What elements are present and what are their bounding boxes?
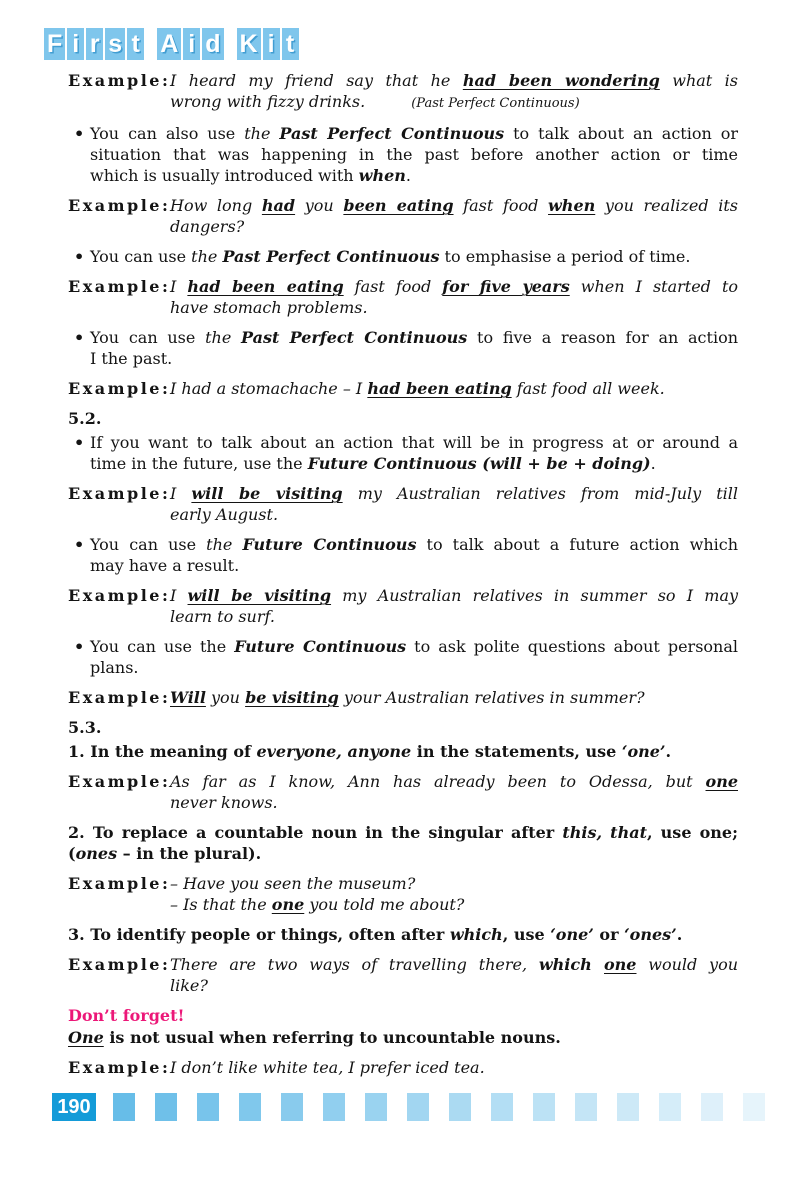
text-run: ( [68,844,76,863]
letter-tile: K [237,28,261,60]
text-run: If you want to talk about an action that… [90,433,738,452]
text-run: to ask polite questions about personal [406,637,738,656]
letter-tile: i [183,28,200,60]
footer-square [533,1093,555,1121]
text-run: early August. [170,505,278,524]
text-line: which is usually introduced with when. [90,165,738,186]
example-block: Example: I heard my friend say that he h… [68,70,738,114]
text-line: If you want to talk about an action that… [90,432,738,453]
text-run: for five years [442,277,569,296]
text-run: dangers? [170,217,244,236]
grammar-rule-3: 3. To identify people or things, often a… [68,924,738,945]
letter-tile: A [157,28,181,60]
text-line: (ones – in the plural). [68,843,738,864]
text-line: plans. [90,657,738,678]
text-run: one [706,772,738,791]
text-run: You can use [90,535,206,554]
text-line: You can use the Past Perfect Continuous … [90,246,738,267]
text-run: fast food [344,277,443,296]
text-line: I the past. [90,348,738,369]
text-run: may have a result. [90,556,239,575]
example-label: Example: [68,378,170,399]
text-run: I had a stomachache – I [170,379,367,398]
page-footer: 190 [52,1093,765,1121]
text-run: Future Continuous [234,637,406,656]
text-run: which is usually introduced with [90,166,359,185]
text-line: – Have you seen the museum? [170,873,738,894]
text-run: to five a reason for an action [467,328,738,347]
text-run: I [170,586,188,605]
text-run: time in the future, use the [90,454,308,473]
text-run: my Australian relatives from mid-July ti… [343,484,738,503]
text-run: As far as I know, Ann has already been t… [170,772,706,791]
text-line: I heard my friend say that he had been w… [170,70,738,91]
example-text: – Have you seen the museum?– Is that the… [170,873,738,915]
example-block: Example: I had a stomachache – I had bee… [68,378,738,399]
section-title-first-aid-kit: FirstAidKit [44,28,299,60]
text-line: never knows. [170,792,738,813]
text-run: ‘ones’ [624,925,677,944]
text-run: 1. In the meaning of [68,742,256,761]
example-text: There are two ways of travelling there, … [170,954,738,996]
example-label: Example: [68,585,170,606]
text-line: 3. To identify people or things, often a… [68,924,738,945]
example-label: Example: [68,276,170,297]
text-line: I will be visiting my Australian relativ… [170,483,738,504]
footer-square [449,1093,471,1121]
text-line: You can use the Future Continuous to ask… [90,636,738,657]
dont-forget-heading: Don’t forget! [68,1005,738,1026]
text-run: to talk about an action or [504,124,738,143]
example-block: Example: How long had you been eating fa… [68,195,738,237]
text-run: ‘one’ [622,742,666,761]
text-line: Will you be visiting your Australian rel… [170,687,738,708]
example-label: Example: [68,1057,170,1078]
text-line: I don’t like white tea, I prefer iced te… [170,1057,738,1078]
text-run: been eating [343,196,453,215]
example-label: Example: [68,483,170,504]
text-run: Future Continuous (will + be + doing) [308,454,651,473]
text-run: 3. To identify people or things, often a… [68,925,450,944]
footer-square [743,1093,765,1121]
text-run: in the statements, use [411,742,622,761]
footer-square [701,1093,723,1121]
footer-square [491,1093,513,1121]
text-run: plans. [90,658,139,677]
example-label: Example: [68,195,170,216]
example-block: Example: I had been eating fast food for… [68,276,738,318]
text-run: will be visiting [188,586,332,605]
example-text: I don’t like white tea, I prefer iced te… [170,1057,738,1078]
bullet-point: You can use the Future Continuous to ask… [68,636,738,678]
text-run: you [206,688,245,707]
example-text: I will be visiting my Australian relativ… [170,483,738,525]
footer-square [323,1093,345,1121]
page-number-badge: 190 [52,1093,96,1121]
text-line: You can use the Future Continuous to tal… [90,534,738,555]
text-run: had been eating [367,379,511,398]
text-run: Past Perfect Continuous [279,124,504,143]
text-run: I heard my friend say that he [170,71,463,90]
example-text: I will be visiting my Australian relativ… [170,585,738,627]
letter-tile: s [105,28,125,60]
bullet-point: You can use the Past Perfect Continuous … [68,327,738,369]
text-run: How long [170,196,262,215]
example-text: I heard my friend say that he had been w… [170,70,738,114]
text-line: like? [170,975,738,996]
text-line: time in the future, use the Future Conti… [90,453,738,474]
letter-tile: i [67,28,84,60]
text-run: You can use [90,247,191,266]
text-line: have stomach problems. [170,297,738,318]
text-run: I [170,484,191,503]
text-run: . [406,166,411,185]
bullet-point: You can use the Past Perfect Continuous … [68,246,738,267]
footer-square [155,1093,177,1121]
example-label: Example: [68,687,170,708]
text-line: How long had you been eating fast food w… [170,195,738,216]
example-block: Example: I will be visiting my Australia… [68,483,738,525]
footer-square [575,1093,597,1121]
text-run: – Is that the [170,895,272,914]
example-block: Example: I will be visiting my Australia… [68,585,738,627]
example-label: Example: [68,771,170,792]
bullet-point: If you want to talk about an action that… [68,432,738,474]
text-run: is not usual when referring to uncountab… [104,1028,561,1047]
text-run: learn to surf. [170,607,275,626]
text-run: would you [636,955,738,974]
example-block: Example: There are two ways of travellin… [68,954,738,996]
text-line: You can use the Past Perfect Continuous … [90,327,738,348]
text-run: I [170,277,187,296]
footer-square [365,1093,387,1121]
example-block: Example: As far as I know, Ann has alrea… [68,771,738,813]
example-text: As far as I know, Ann has already been t… [170,771,738,813]
footer-square [197,1093,219,1121]
example-text: I had a stomachache – I had been eating … [170,378,738,399]
section-number-5-2: 5.2. [68,408,738,429]
text-run: wrong with fizzy drinks. [170,92,365,111]
letter-tile: t [127,28,144,60]
text-line: may have a result. [90,555,738,576]
text-run: fast food [454,196,549,215]
example-block: Example: I don’t like white tea, I prefe… [68,1057,738,1078]
text-run: fast food all week. [512,379,665,398]
letter-tile: d [202,28,223,60]
text-line: You can also use the Past Perfect Contin… [90,123,738,144]
text-line: – Is that the one you told me about? [170,894,738,915]
text-run: . [666,742,672,761]
text-line: 2. To replace a countable noun in the si… [68,822,738,843]
text-run: one [272,895,304,914]
footer-square [407,1093,429,1121]
text-run: which [539,955,604,974]
text-run: You can use the [90,637,234,656]
text-run: which [450,925,503,944]
title-word: Kit [237,28,299,60]
text-run: Will [170,688,206,707]
text-run: one [604,955,636,974]
footer-square [239,1093,261,1121]
bullet-point: You can use the Future Continuous to tal… [68,534,738,576]
text-run: I don’t like white tea, I prefer iced te… [170,1058,485,1077]
text-run: had [262,196,295,215]
text-run: never knows. [170,793,278,812]
text-run: Past Perfect Continuous [241,328,467,347]
text-run: the [205,328,241,347]
text-line: I had been eating fast food for five yea… [170,276,738,297]
text-line: wrong with fizzy drinks.(Past Perfect Co… [170,91,738,114]
text-run: Past Perfect Continuous [222,247,439,266]
footer-square [659,1093,681,1121]
text-line: early August. [170,504,738,525]
text-run: You can also use [90,124,244,143]
example-text: How long had you been eating fast food w… [170,195,738,237]
text-run: this, that [562,823,647,842]
text-run: , use [503,925,551,944]
footer-square [617,1093,639,1121]
text-run: There are two ways of travelling there, [170,955,539,974]
text-run: to emphasise a period of time. [439,247,690,266]
grammar-note: One is not usual when referring to uncou… [68,1027,738,1048]
text-run: the [191,247,222,266]
text-run: like? [170,976,208,995]
text-run: when [359,166,406,185]
text-line: learn to surf. [170,606,738,627]
example-label: Example: [68,954,170,975]
text-run: had been eating [187,277,343,296]
text-run: . [651,454,656,473]
text-run: 2. To replace a countable noun in the si… [68,823,562,842]
letter-tile: r [86,28,103,60]
text-run: One [68,1028,104,1047]
text-run: you [295,196,343,215]
text-run: you realized its [595,196,738,215]
text-run: will be visiting [191,484,342,503]
text-run: You can use [90,328,205,347]
text-run: to talk about a future action which [416,535,738,554]
text-run: ‘one’ [550,925,594,944]
text-run: or [594,925,624,944]
letter-tile: i [263,28,280,60]
text-run: be visiting [245,688,339,707]
example-text: Will you be visiting your Australian rel… [170,687,738,708]
text-run: – in the plural). [117,844,261,863]
example-text: I had been eating fast food for five yea… [170,276,738,318]
letter-tile: t [282,28,299,60]
text-run: everyone, anyone [256,742,411,761]
page-content: Example: I heard my friend say that he h… [68,70,738,1087]
text-run: Future Continuous [242,535,416,554]
example-label: Example: [68,873,170,894]
text-line: 1. In the meaning of everyone, anyone in… [68,741,738,762]
text-line: As far as I know, Ann has already been t… [170,771,738,792]
text-run: my Australian relatives in summer so I m… [331,586,738,605]
text-run: had been wondering [463,71,660,90]
grammar-rule-1: 1. In the meaning of everyone, anyone in… [68,741,738,762]
text-run: , use one; [647,823,738,842]
example-label: Example: [68,70,170,91]
grammar-rule-2: 2. To replace a countable noun in the si… [68,822,738,864]
text-run: the [244,124,279,143]
text-run: when [548,196,595,215]
text-run: what is [660,71,738,90]
text-run: you told me about? [304,895,464,914]
text-run: the [206,535,242,554]
text-line: One is not usual when referring to uncou… [68,1027,738,1048]
footer-square [281,1093,303,1121]
text-run: situation that was happening in the past… [90,145,738,164]
title-word: Aid [157,28,223,60]
text-run: . [677,925,683,944]
bullet-point: You can also use the Past Perfect Contin… [68,123,738,186]
text-run: I the past. [90,349,172,368]
title-word: First [44,28,144,60]
text-run: your Australian relatives in summer? [339,688,645,707]
letter-tile: F [44,28,65,60]
text-run: – Have you seen the museum? [170,874,415,893]
textbook-page: FirstAidKit Example: I heard my friend s… [0,0,800,1185]
example-block: Example: Will you be visiting your Austr… [68,687,738,708]
text-run: when I started to [570,277,738,296]
section-number-5-3: 5.3. [68,717,738,738]
text-line: situation that was happening in the past… [90,144,738,165]
text-run: (Past Perfect Continuous) [411,96,579,111]
example-block: Example: – Have you seen the museum?– Is… [68,873,738,915]
text-line: dangers? [170,216,738,237]
footer-square [113,1093,135,1121]
text-line: I had a stomachache – I had been eating … [170,378,738,399]
text-line: I will be visiting my Australian relativ… [170,585,738,606]
footer-squares [113,1093,765,1121]
text-run: ones [76,844,118,863]
text-run: have stomach problems. [170,298,368,317]
text-line: There are two ways of travelling there, … [170,954,738,975]
